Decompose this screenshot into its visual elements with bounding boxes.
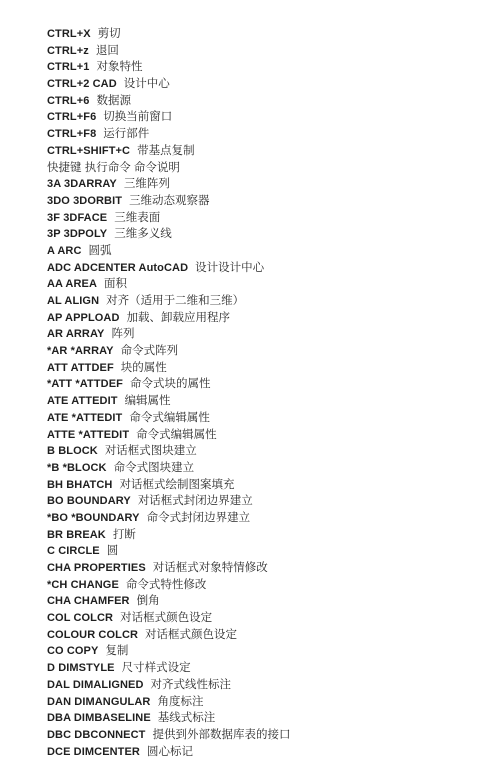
list-item: *AR *ARRAY 命令式阵列 [47,343,465,360]
list-item: ADC ADCENTER AutoCAD 设计设计中心 [47,260,465,277]
command-code: DAN DIMANGULAR [47,694,150,711]
command-description: 设计设计中心 [195,260,264,277]
list-item: D DIMSTYLE 尺寸样式设定 [47,660,465,677]
list-item: CTRL+F6 切换当前窗口 [47,109,465,126]
command-description: 切换当前窗口 [103,109,172,126]
command-description: 圆弧 [89,243,112,260]
list-item: 3P 3DPOLY 三维多义线 [47,226,465,243]
list-item: *BO *BOUNDARY 命令式封闭边界建立 [47,510,465,527]
command-description: 设计中心 [124,76,170,93]
command-description: 快捷键 执行命令 命令说明 [47,160,180,177]
list-item: CHA CHAMFER 倒角 [47,593,465,610]
command-code: CTRL+6 [47,93,89,110]
list-item: CTRL+F8 运行部件 [47,126,465,143]
command-code: *CH CHANGE [47,577,119,594]
list-item: COLOUR COLCR 对话框式颜色设定 [47,627,465,644]
command-description: 带基点复制 [137,143,195,160]
command-description: 三维动态观察器 [129,193,210,210]
list-item: C CIRCLE 圆 [47,543,465,560]
list-item: ATE ATTEDIT 编辑属性 [47,393,465,410]
command-description: 运行部件 [103,126,149,143]
list-item: AP APPLOAD 加载、卸载应用程序 [47,310,465,327]
command-description: 命令式阵列 [121,343,179,360]
list-item: DAN DIMANGULAR 角度标注 [47,694,465,711]
command-code: DBA DIMBASELINE [47,710,151,727]
list-item: DCE DIMCENTER 圆心标记 [47,744,465,761]
command-description: 面积 [104,276,127,293]
command-code: *BO *BOUNDARY [47,510,140,527]
command-description: 命令式封闭边界建立 [147,510,251,527]
command-description: 对话框式封闭边界建立 [138,493,253,510]
list-item: CTRL+SHIFT+C 带基点复制 [47,143,465,160]
command-code: ATT ATTDEF [47,360,114,377]
list-item: ATT ATTDEF 块的属性 [47,360,465,377]
command-code: ATTE *ATTEDIT [47,427,129,444]
command-description: 对话框式颜色设定 [145,627,237,644]
command-code: CTRL+F8 [47,126,96,143]
command-description: 圆心标记 [147,744,193,761]
command-description: 命令式编辑属性 [129,410,210,427]
command-description: 提供到外部数据库表的接口 [152,727,290,744]
command-code: 3F 3DFACE [47,210,107,227]
list-item: BH BHATCH 对话框式绘制图案填充 [47,477,465,494]
command-description: 打断 [113,527,136,544]
command-description: 块的属性 [121,360,167,377]
command-description: 命令式块的属性 [130,376,211,393]
command-code: DAL DIMALIGNED [47,677,144,694]
list-item: 3DO 3DORBIT 三维动态观察器 [47,193,465,210]
list-item: 3A 3DARRAY 三维阵列 [47,176,465,193]
command-code: AL ALIGN [47,293,99,310]
command-code: C CIRCLE [47,543,100,560]
command-description: 角度标注 [157,694,203,711]
list-item: 快捷键 执行命令 命令说明 [47,160,465,177]
command-description: 加载、卸载应用程序 [127,310,231,327]
list-item: B BLOCK 对话框式图块建立 [47,443,465,460]
command-code: CTRL+1 [47,59,89,76]
command-description: 命令式特性修改 [126,577,207,594]
command-description: 对话框式对象特情修改 [153,560,268,577]
list-item: CTRL+z 退回 [47,43,465,60]
command-code: *ATT *ATTDEF [47,376,123,393]
command-code: AA AREA [47,276,97,293]
list-item: CTRL+1 对象特性 [47,59,465,76]
command-code: 3DO 3DORBIT [47,193,122,210]
command-description: 圆 [107,543,119,560]
command-code: CTRL+F6 [47,109,96,126]
command-description: 剪切 [98,26,121,43]
list-item: 3F 3DFACE 三维表面 [47,210,465,227]
list-item: *ATT *ATTDEF 命令式块的属性 [47,376,465,393]
command-code: AP APPLOAD [47,310,120,327]
command-code: COLOUR COLCR [47,627,138,644]
command-description: 对象特性 [96,59,142,76]
list-item: ATTE *ATTEDIT 命令式编辑属性 [47,427,465,444]
document-page: CTRL+X 剪切 CTRL+z 退回 CTRL+1 对象特性 CTRL+2 C… [0,0,479,783]
command-code: *B *BLOCK [47,460,107,477]
command-code: CTRL+X [47,26,91,43]
command-description: 三维阵列 [124,176,170,193]
command-description: 命令式图块建立 [114,460,195,477]
list-item: BR BREAK 打断 [47,527,465,544]
command-description: 对齐（适用于二维和三维） [106,293,244,310]
command-description: 命令式编辑属性 [136,427,217,444]
list-item: AA AREA 面积 [47,276,465,293]
command-code: DBC DBCONNECT [47,727,145,744]
list-item: AR ARRAY 阵列 [47,326,465,343]
command-code: CTRL+z [47,43,89,60]
command-code: B BLOCK [47,443,98,460]
list-item: AL ALIGN 对齐（适用于二维和三维） [47,293,465,310]
list-item: CHA PROPERTIES 对话框式对象特情修改 [47,560,465,577]
list-item: BO BOUNDARY 对话框式封闭边界建立 [47,493,465,510]
command-description: 对话框式图块建立 [105,443,197,460]
list-item: CTRL+6 数据源 [47,93,465,110]
command-description: 对齐式线性标注 [151,677,232,694]
command-code: ATE ATTEDIT [47,393,118,410]
list-item: A ARC 圆弧 [47,243,465,260]
command-description: 对话框式绘制图案填充 [119,477,234,494]
command-code: 3P 3DPOLY [47,226,107,243]
list-item: CTRL+X 剪切 [47,26,465,43]
command-code: D DIMSTYLE [47,660,115,677]
command-code: DCE DIMCENTER [47,744,140,761]
command-description: 编辑属性 [125,393,171,410]
command-code: A ARC [47,243,82,260]
list-item: DAL DIMALIGNED 对齐式线性标注 [47,677,465,694]
list-item: ATE *ATTEDIT 命令式编辑属性 [47,410,465,427]
command-description: 三维表面 [114,210,160,227]
command-description: 复制 [105,643,128,660]
command-description: 数据源 [96,93,131,110]
list-item: DBC DBCONNECT 提供到外部数据库表的接口 [47,727,465,744]
command-code: CO COPY [47,643,98,660]
command-description: 退回 [96,43,119,60]
command-description: 阵列 [111,326,134,343]
command-code: ADC ADCENTER AutoCAD [47,260,188,277]
list-item: *B *BLOCK 命令式图块建立 [47,460,465,477]
list-item: CO COPY 复制 [47,643,465,660]
command-code: CTRL+SHIFT+C [47,143,130,160]
command-description: 倒角 [137,593,160,610]
command-code: BR BREAK [47,527,106,544]
list-item: DBA DIMBASELINE 基线式标注 [47,710,465,727]
command-code: CTRL+2 CAD [47,76,117,93]
command-description: 对话框式颜色设定 [120,610,212,627]
list-item: CTRL+2 CAD 设计中心 [47,76,465,93]
command-code: ATE *ATTEDIT [47,410,122,427]
command-code: BH BHATCH [47,477,112,494]
command-description: 尺寸样式设定 [122,660,191,677]
command-code: CHA CHAMFER [47,593,130,610]
command-code: COL COLCR [47,610,113,627]
list-item: COL COLCR 对话框式颜色设定 [47,610,465,627]
command-code: 3A 3DARRAY [47,176,117,193]
list-item: *CH CHANGE 命令式特性修改 [47,577,465,594]
command-description: 基线式标注 [158,710,216,727]
command-description: 三维多义线 [114,226,172,243]
command-code: AR ARRAY [47,326,104,343]
command-code: *AR *ARRAY [47,343,114,360]
command-code: CHA PROPERTIES [47,560,146,577]
command-code: BO BOUNDARY [47,493,131,510]
